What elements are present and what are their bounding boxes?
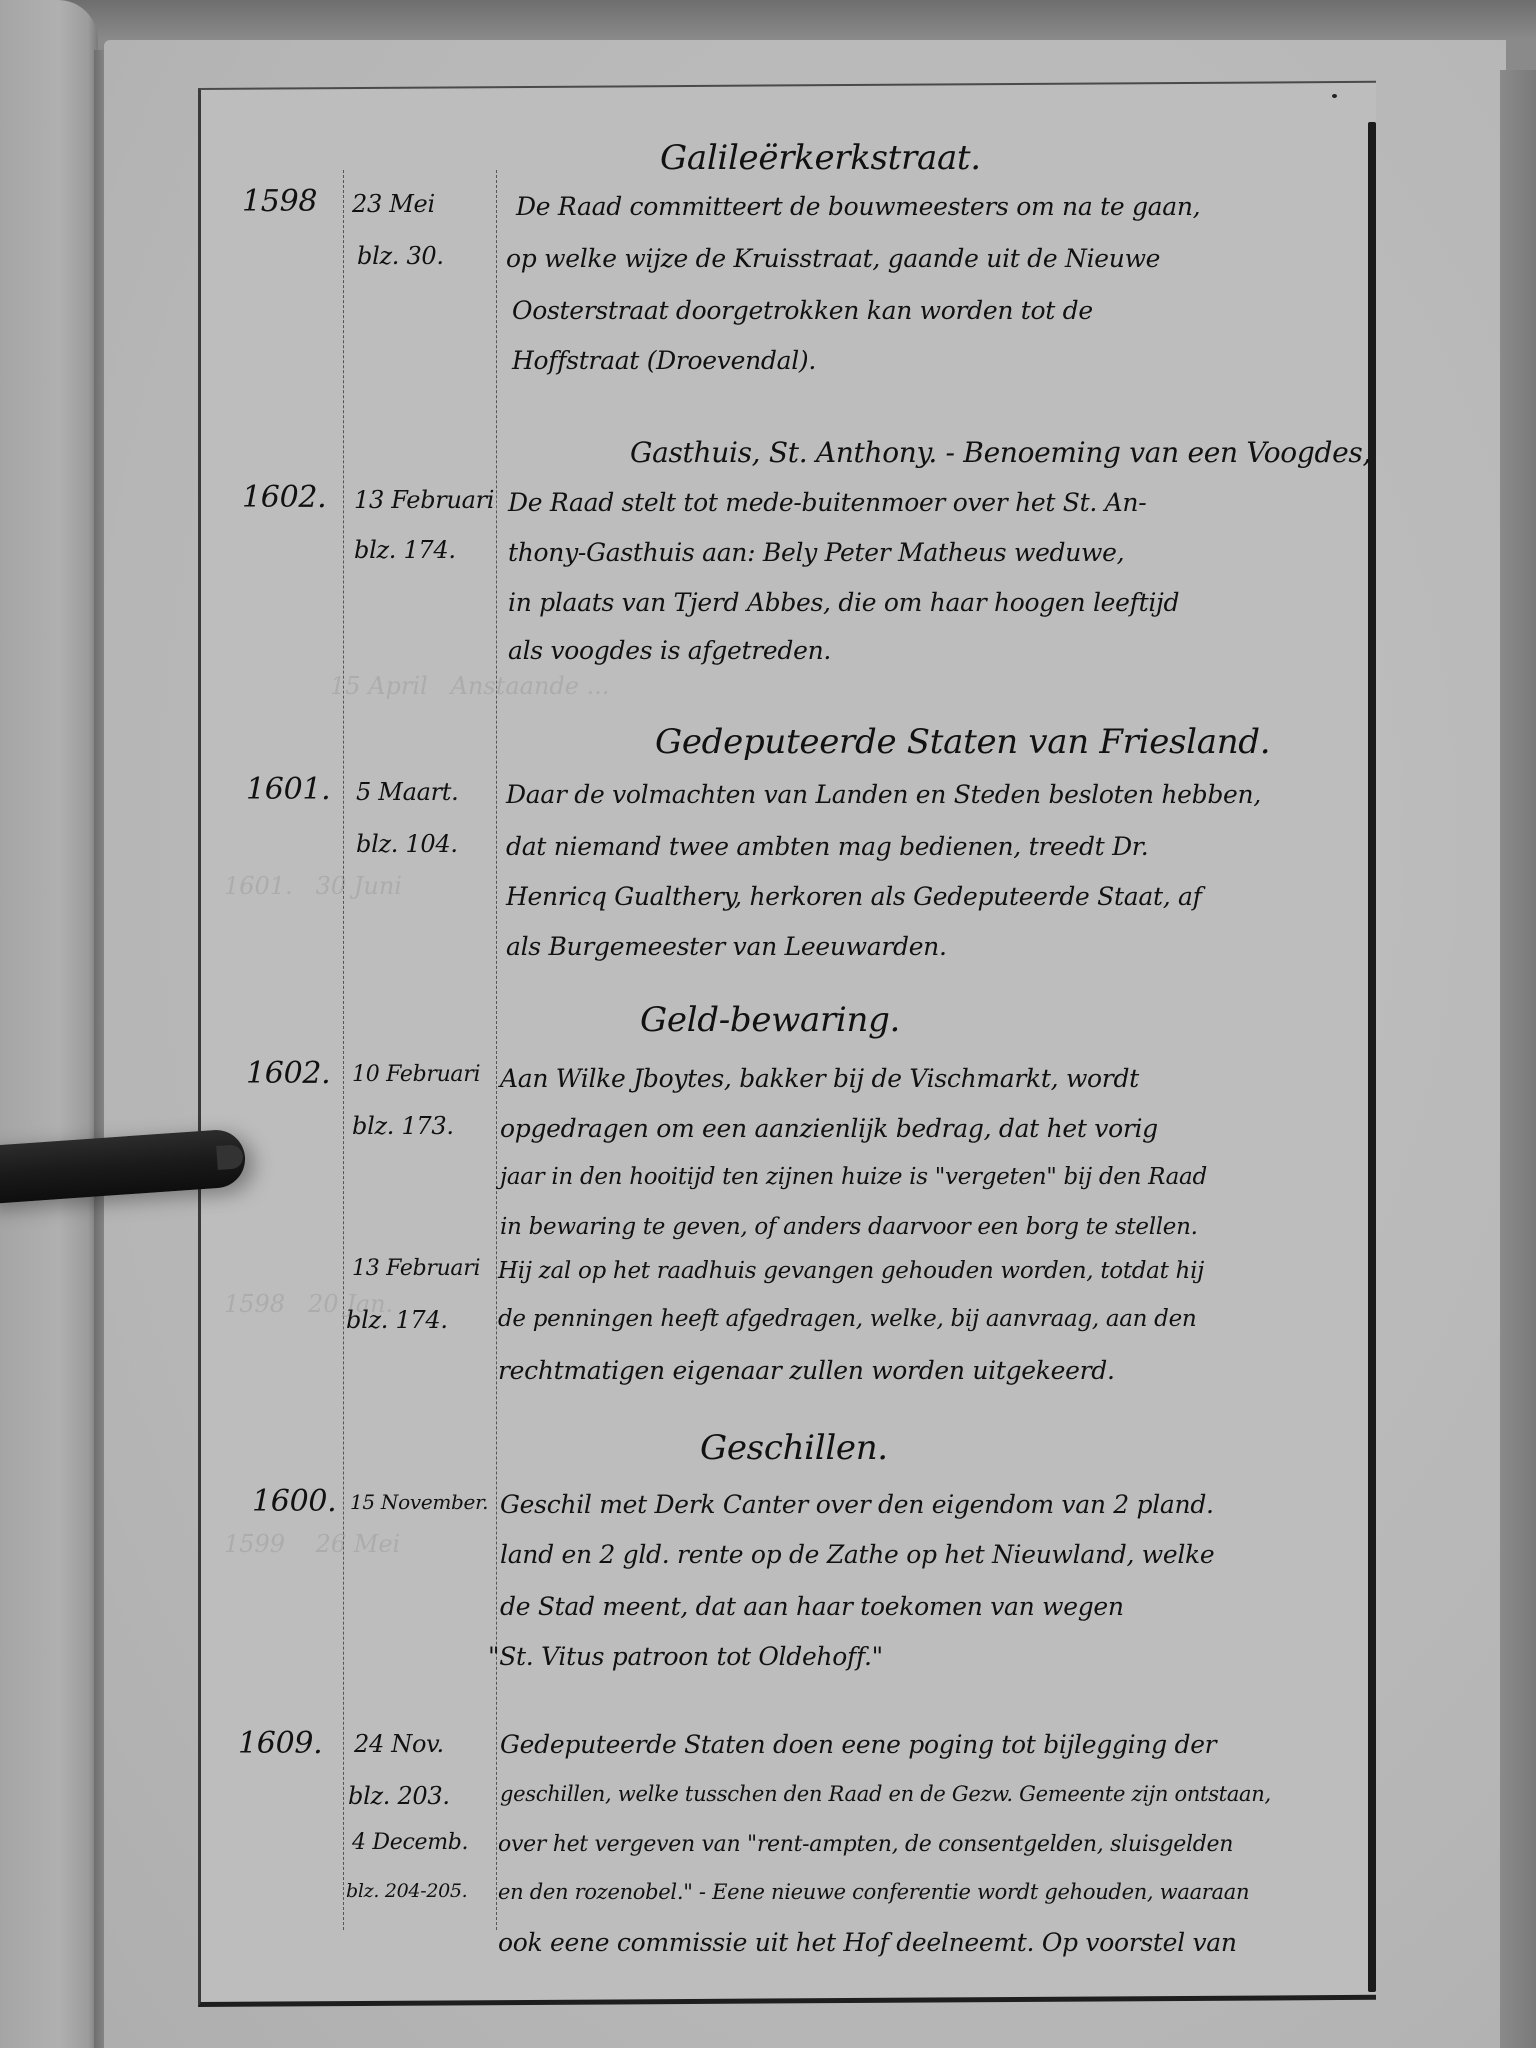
entry-line: de Stad meent, dat aan haar toekomen van… (500, 1592, 1124, 1621)
entry-line: De Raad committeert de bouwmeesters om n… (516, 192, 1200, 221)
section-heading: Gedeputeerde Staten van Friesland. (655, 722, 1270, 762)
entry-line: als voogdes is afgetreden. (508, 636, 831, 665)
entry-line: Hoffstraat (Droevendal). (512, 346, 816, 375)
entry-line: in plaats van Tjerd Abbes, die om haar h… (508, 588, 1179, 617)
entry-year: 1602. (242, 480, 326, 515)
entry-line: de penningen heeft afgedragen, welke, bi… (498, 1306, 1196, 1332)
entry-line: op welke wijze de Kruisstraat, gaande ui… (506, 244, 1160, 273)
entry-line: ook eene commissie uit het Hof deelneemt… (498, 1928, 1237, 1957)
entry-year: 1601. (246, 772, 330, 807)
entry-page: blz. 203. (348, 1782, 450, 1810)
entry-line: Hij zal op het raadhuis gevangen gehoude… (498, 1258, 1204, 1284)
entry-line: thony-Gasthuis aan: Bely Peter Matheus w… (508, 538, 1124, 567)
sheet-right-border (1368, 122, 1376, 1992)
entry-line: over het vergeven van "rent-ampten, de c… (498, 1832, 1233, 1857)
entry-year: 1602. (246, 1056, 330, 1091)
entry-line: De Raad stelt tot mede-buitenmoer over h… (508, 488, 1146, 517)
entry-line: Gedeputeerde Staten doen eene poging tot… (500, 1730, 1216, 1759)
entry-page: blz. 173. (352, 1112, 454, 1140)
bleed-through-text: 15 April Anstaande ... (330, 672, 609, 700)
entry-date: 13 Februari (354, 486, 494, 514)
entry-line: Oosterstraat doorgetrokken kan worden to… (512, 296, 1093, 325)
entry-date: 24 Nov. (354, 1730, 444, 1758)
entry-line: "St. Vitus patroon tot Oldehoff." (488, 1642, 883, 1671)
entry-year: 1609. (238, 1726, 322, 1761)
entry-line: rechtmatigen eigenaar zullen worden uitg… (498, 1356, 1115, 1385)
entry-line: dat niemand twee ambten mag bedienen, tr… (506, 832, 1148, 861)
entry-line: Daar de volmachten van Landen en Steden … (506, 780, 1261, 809)
entry-line: Aan Wilke Jboytes, bakker bij de Vischma… (500, 1064, 1139, 1093)
entry-page: blz. 30. (357, 242, 444, 270)
section-heading: Geld-bewaring. (640, 1000, 900, 1040)
entry-line: Henricq Gualthery, herkoren als Gedepute… (506, 882, 1202, 911)
entry-line: in bewaring te geven, of anders daarvoor… (500, 1214, 1198, 1240)
section-heading: Galileërkerkstraat. (660, 138, 981, 178)
left-facing-page (0, 0, 98, 2048)
bleed-through-text: 1601. 30 Juni (224, 872, 402, 900)
entry-line: als Burgemeester van Leeuwarden. (506, 932, 947, 961)
entry-line: Geschil met Derk Canter over den eigendo… (500, 1490, 1214, 1519)
entry-page: blz. 104. (356, 830, 458, 858)
entry-page: blz. 174. (346, 1306, 448, 1334)
entry-line: en den rozenobel." - Eene nieuwe confere… (498, 1880, 1249, 1904)
section-heading: Gasthuis, St. Anthony. - Benoeming van e… (630, 436, 1371, 469)
column-divider-year (343, 170, 344, 1930)
entry-year: 1598 (242, 184, 317, 219)
entry-year: 1600. (252, 1484, 336, 1519)
pen-tip (216, 1144, 244, 1170)
section-heading: Geschillen. (700, 1428, 888, 1468)
entry-line: opgedragen om een aanzienlijk bedrag, da… (500, 1114, 1158, 1143)
bleed-through-text: 1599 26 Mei (224, 1530, 400, 1558)
ink-speck (1332, 94, 1337, 98)
entry-page: blz. 174. (354, 536, 456, 564)
page-edge-shadow (1500, 70, 1536, 2048)
entry-date: 13 Februari (352, 1256, 480, 1281)
entry-date-2: 4 Decemb. (352, 1830, 468, 1855)
entry-date: 23 Mei (352, 190, 435, 218)
entry-line: geschillen, welke tusschen den Raad en d… (500, 1782, 1271, 1806)
entry-date: 10 Februari (352, 1062, 480, 1087)
entry-line: jaar in den hooitijd ten zijnen huize is… (500, 1164, 1207, 1190)
entry-line: land en 2 gld. rente op de Zathe op het … (500, 1540, 1214, 1569)
photo-scene: 15 April Anstaande ... 1601. 30 Juni 159… (0, 0, 1536, 2048)
entry-date: 5 Maart. (356, 778, 458, 806)
entry-page-2: blz. 204-205. (346, 1880, 467, 1902)
entry-date: 15 November. (350, 1490, 488, 1514)
